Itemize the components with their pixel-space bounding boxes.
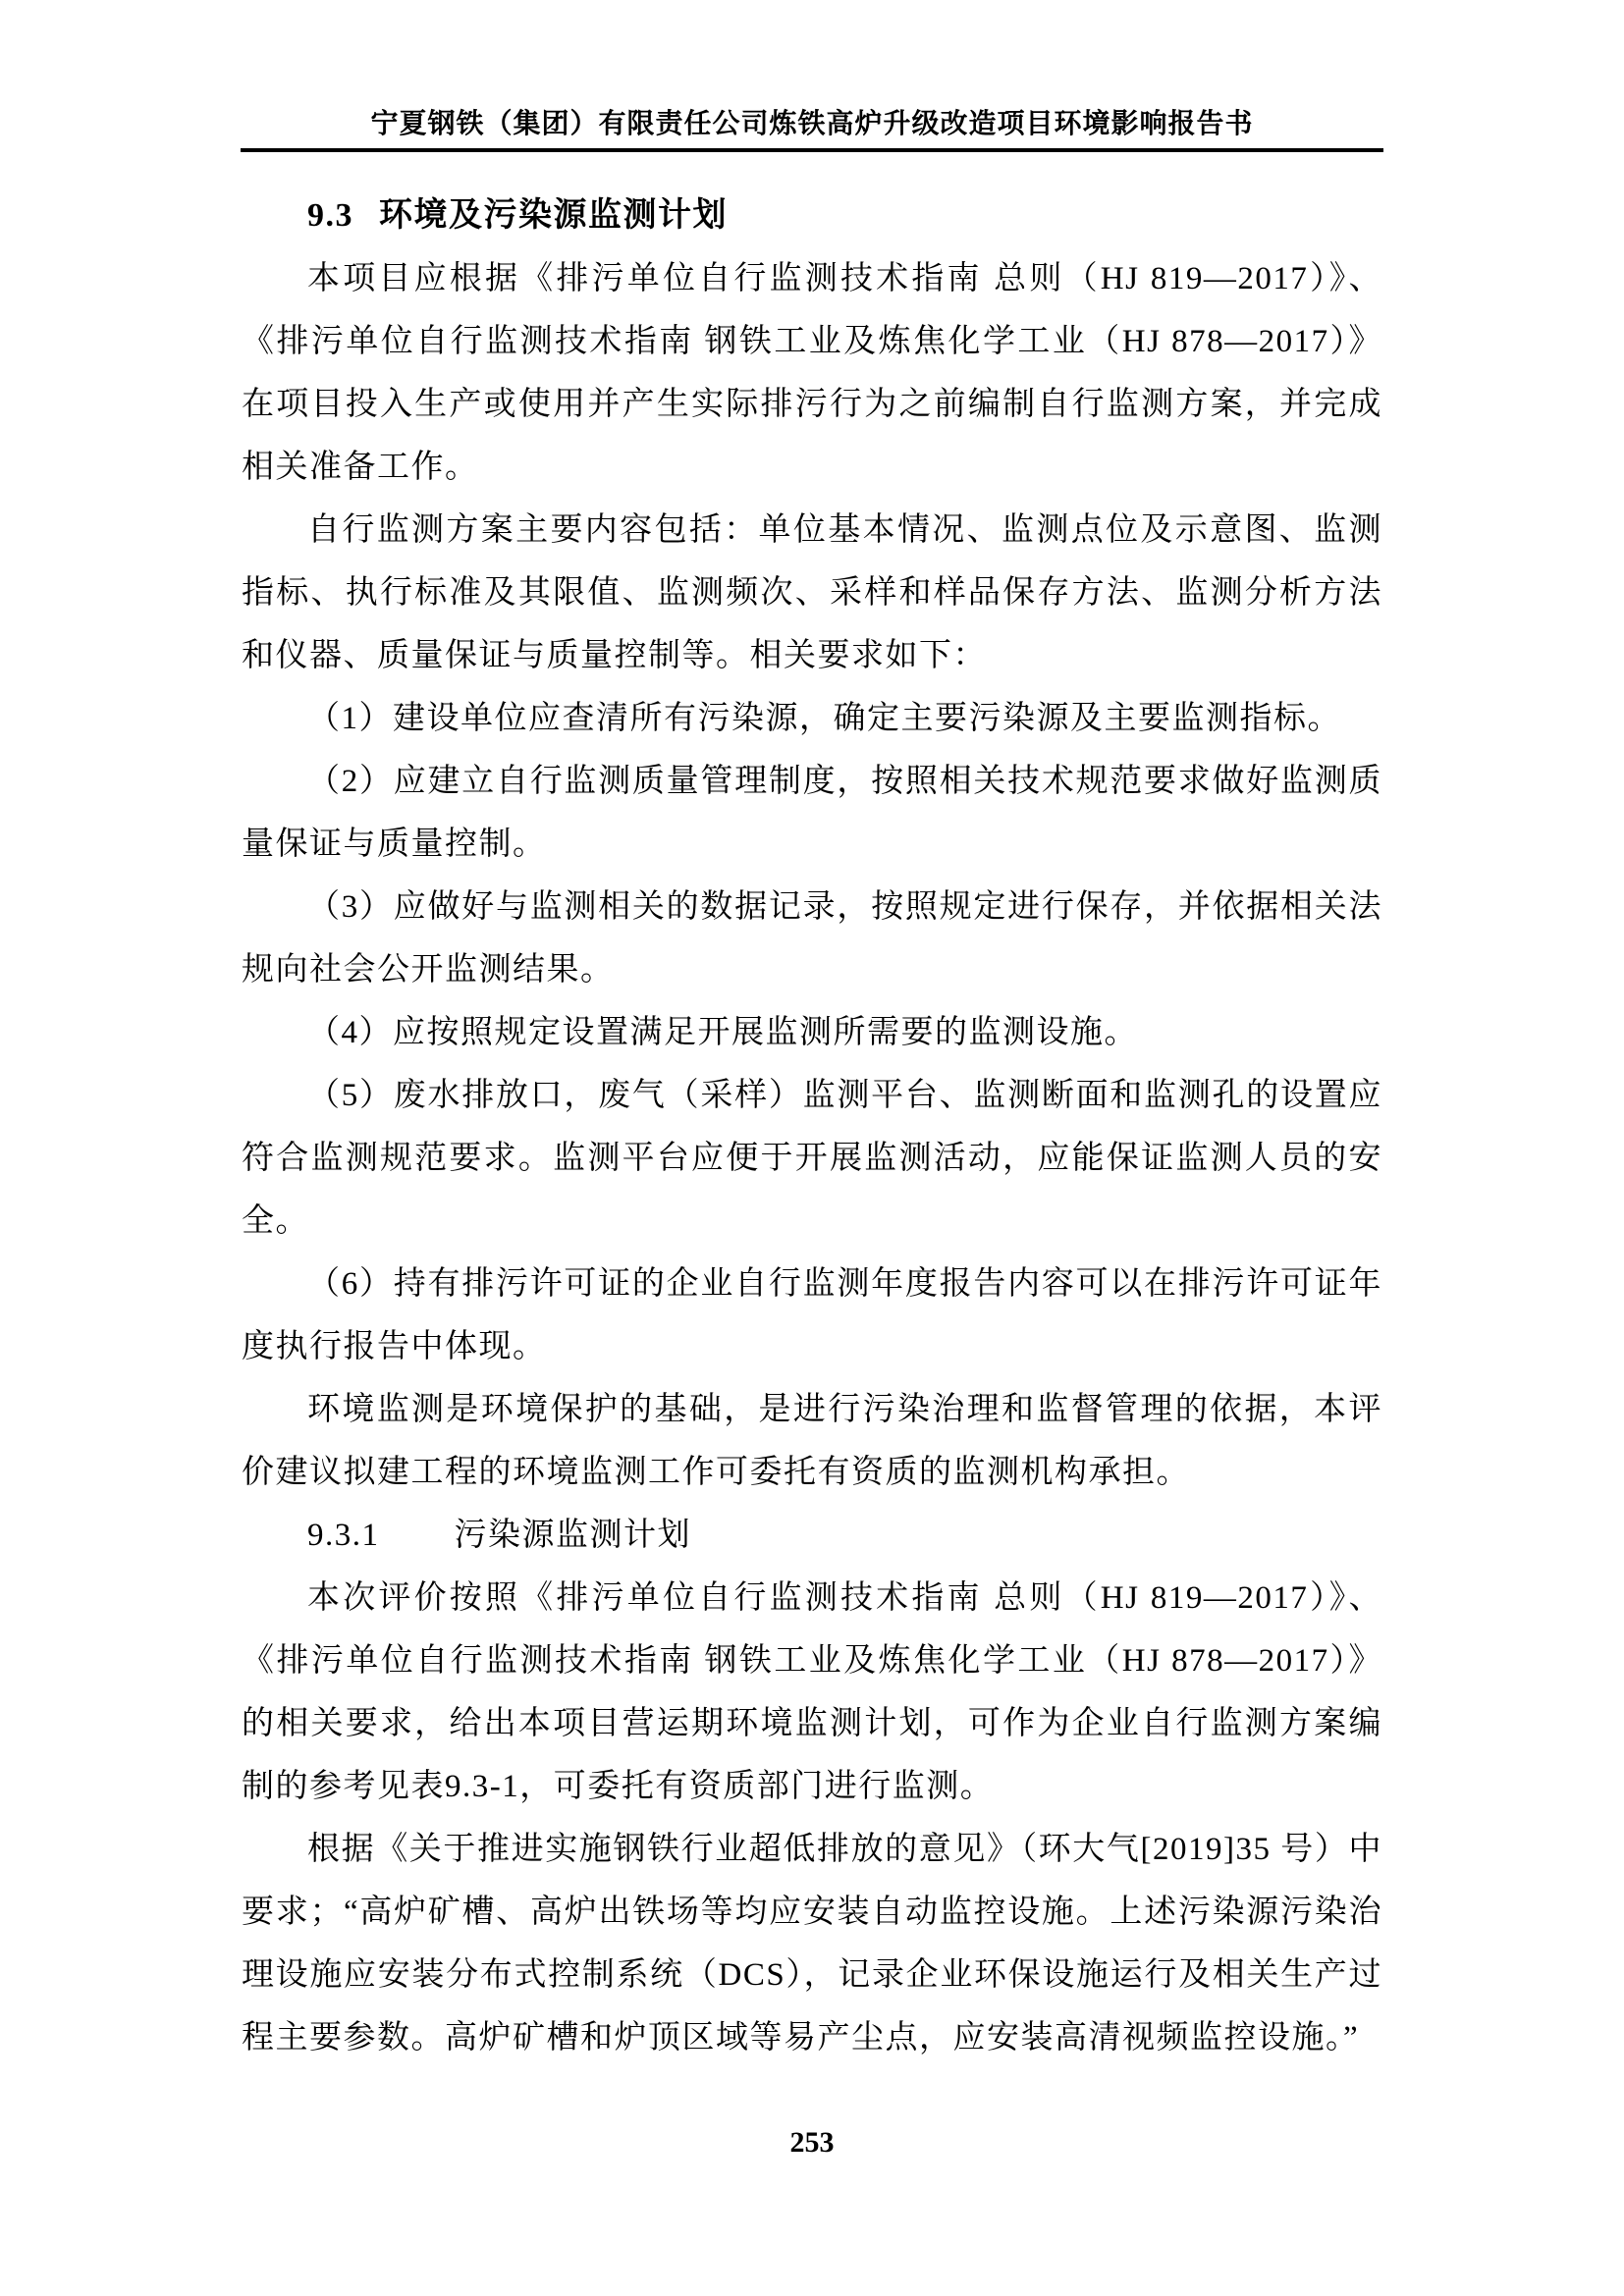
paragraph-monitoring-plan: 本次评价按照《排污单位自行监测技术指南 总则（HJ 819—2017）》、《排污… — [242, 1567, 1382, 1818]
subsection-title: 污染源监测计划 — [455, 1518, 692, 1553]
list-item-3: （3）应做好与监测相关的数据记录，按照规定进行保存，并依据相关法规向社会公开监测… — [242, 876, 1382, 1001]
list-item-5: （5）废水排放口，废气（采样）监测平台、监测断面和监测孔的设置应符合监测规范要求… — [242, 1064, 1382, 1253]
section-title: 环境及污染源监测计划 — [379, 197, 728, 234]
header-rule — [241, 148, 1383, 152]
paragraph-ultra-low-emission: 根据《关于推进实施钢铁行业超低排放的意见》（环大气[2019]35 号）中要求；… — [242, 1818, 1382, 2069]
document-body: 9.3环境及污染源监测计划 本项目应根据《排污单位自行监测技术指南 总则（HJ … — [242, 185, 1382, 2069]
paragraph-env-monitoring: 环境监测是环境保护的基础，是进行污染治理和监督管理的依据，本评价建议拟建工程的环… — [242, 1378, 1382, 1504]
section-heading: 9.3环境及污染源监测计划 — [242, 185, 1382, 247]
list-item-1: （1）建设单位应查清所有污染源，确定主要污染源及主要监测指标。 — [242, 687, 1382, 750]
subsection-number: 9.3.1 — [307, 1518, 380, 1553]
page-header-title: 宁夏钢铁（集团）有限责任公司炼铁高炉升级改造项目环境影响报告书 — [0, 108, 1624, 141]
list-item-6: （6）持有排污许可证的企业自行监测年度报告内容可以在排污许可证年度执行报告中体现… — [242, 1253, 1382, 1378]
section-number: 9.3 — [307, 197, 353, 234]
paragraph-intro: 本项目应根据《排污单位自行监测技术指南 总则（HJ 819—2017）》、《排污… — [242, 247, 1382, 499]
paragraph-scheme: 自行监测方案主要内容包括：单位基本情况、监测点位及示意图、监测指标、执行标准及其… — [242, 499, 1382, 687]
document-page: 宁夏钢铁（集团）有限责任公司炼铁高炉升级改造项目环境影响报告书 9.3环境及污染… — [0, 0, 1624, 2296]
list-item-2: （2）应建立自行监测质量管理制度，按照相关技术规范要求做好监测质量保证与质量控制… — [242, 750, 1382, 876]
list-item-4: （4）应按照规定设置满足开展监测所需要的监测设施。 — [242, 1001, 1382, 1064]
page-number: 253 — [0, 2126, 1624, 2160]
subsection-heading: 9.3.1污染源监测计划 — [242, 1504, 1382, 1567]
